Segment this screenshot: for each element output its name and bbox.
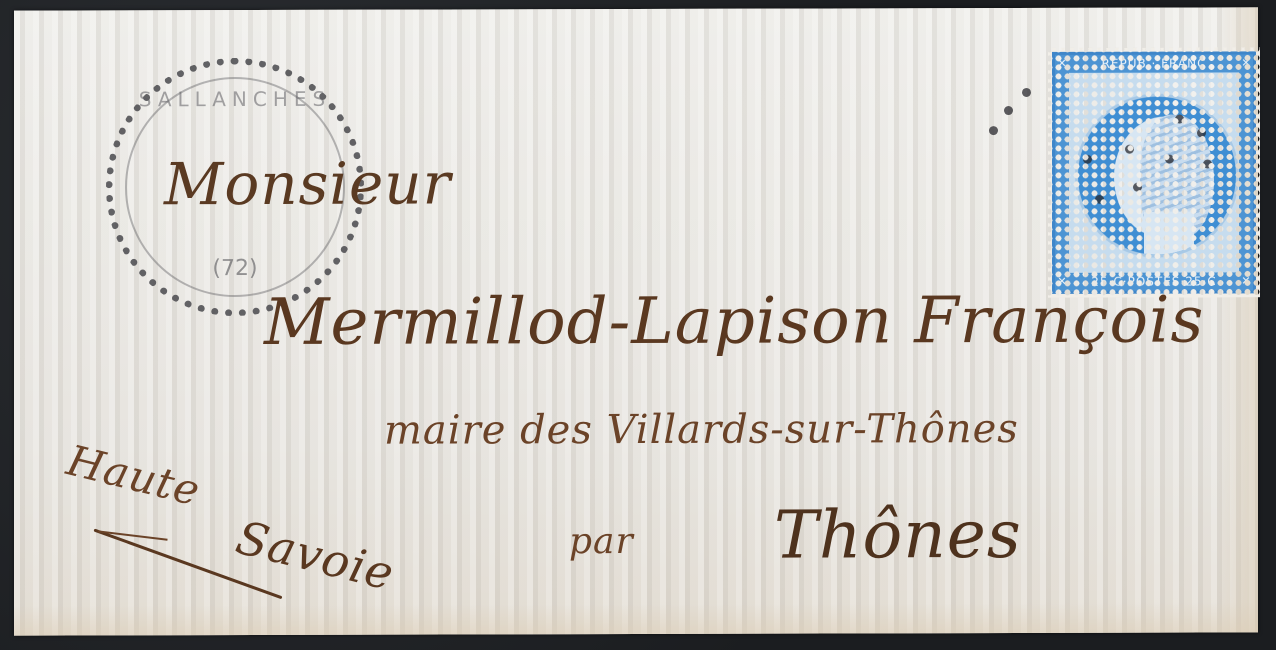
postmark-department: (72) bbox=[113, 256, 357, 282]
ceres-neck bbox=[1144, 212, 1194, 258]
cancel-dot bbox=[1095, 195, 1104, 204]
stamp-frame bbox=[1069, 72, 1239, 272]
postmark-town: SALLANCHES bbox=[113, 87, 357, 112]
stamp-corner-icon: ✕ bbox=[1239, 54, 1253, 72]
stamp-body: REPUB · FRANC ✕ ✕ ✕ ✕ 25·C·POSTES·25·C bbox=[1052, 51, 1256, 294]
cancel-dot bbox=[1175, 115, 1184, 124]
address-recipient-title: maire des Villards-sur-Thônes bbox=[384, 406, 1019, 454]
cancel-dot bbox=[1165, 155, 1174, 164]
cancel-dot bbox=[1004, 106, 1013, 115]
postage-stamp: REPUB · FRANC ✕ ✕ ✕ ✕ 25·C·POSTES·25·C bbox=[1048, 47, 1260, 298]
letter-cover: SALLANCHES (72) REPUB · FRANC ✕ ✕ ✕ ✕ 25… bbox=[14, 7, 1258, 635]
address-city: Thônes bbox=[774, 496, 1022, 574]
cancel-dot bbox=[1125, 145, 1134, 154]
address-via: par bbox=[569, 521, 634, 562]
address-recipient-name: Mermillod-Lapison François bbox=[264, 284, 1204, 360]
cancel-dot bbox=[1022, 88, 1031, 97]
stamp-top-text: REPUB · FRANC bbox=[1055, 54, 1253, 73]
cancel-dot bbox=[1083, 155, 1092, 164]
cancel-dot bbox=[989, 126, 998, 135]
stamp-corner-icon: ✕ bbox=[1055, 55, 1069, 73]
cancel-dot bbox=[1133, 183, 1142, 192]
cancel-dot bbox=[1203, 159, 1212, 168]
address-salutation: Monsieur bbox=[164, 149, 451, 218]
ceres-portrait-icon bbox=[1075, 93, 1239, 257]
side-note-line1: Haute bbox=[62, 435, 205, 515]
cancel-dot bbox=[1197, 129, 1206, 138]
